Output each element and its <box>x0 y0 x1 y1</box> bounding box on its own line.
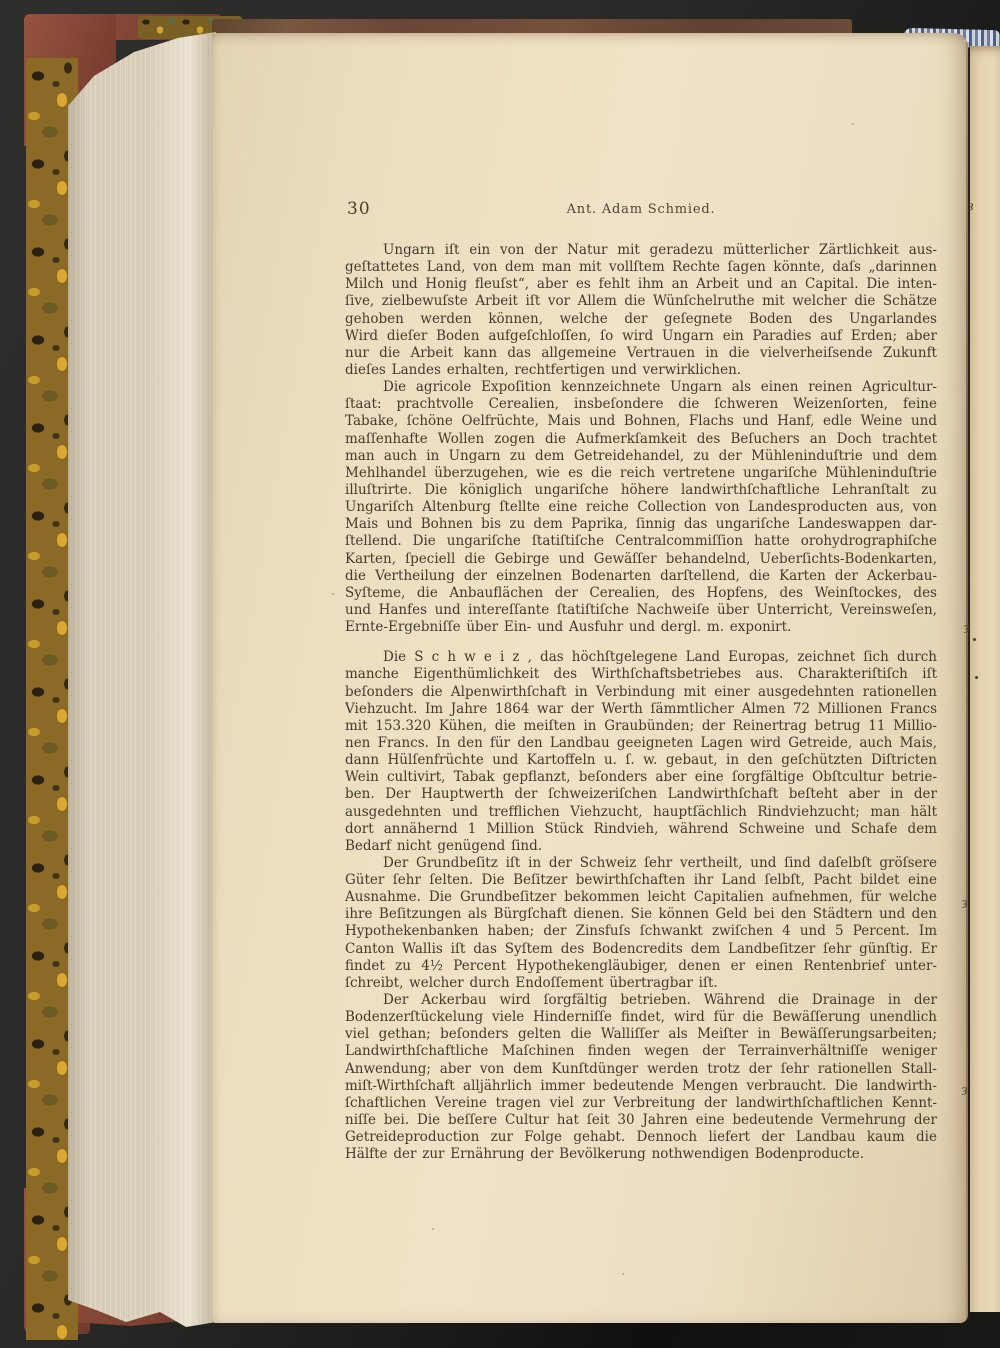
book-page: 30 Ant. Adam Schmied. Ungarn iſt ein von… <box>212 33 968 1323</box>
text-line: ſtaat: prachtvolle Cerealien, insbeſonde… <box>345 396 937 413</box>
text-line: dort annähernd 1 Million Stück Rindvieh,… <box>345 821 937 838</box>
text-line: Hälfte der zur Ernährung der Bevölkerung… <box>345 1146 937 1163</box>
paragraph: Der Ackerbau wird ſorgfältig betrieben. … <box>345 992 937 1163</box>
text-line: miſt-Wirthſchaft alljährlich immer bedeu… <box>345 1078 937 1095</box>
page-header: 30 Ant. Adam Schmied. <box>345 199 937 223</box>
gutter-ink-mark: ȝ <box>961 897 968 909</box>
text-line: Ungariſch Altenburg ſtellte eine reiche … <box>345 499 937 516</box>
text-line: manche Eigenthümlichkeit des Wirthſchaft… <box>345 666 937 683</box>
text-line: dann Hülſenfrüchte und Kartoffeln u. ſ. … <box>345 752 937 769</box>
gutter-ink-dot <box>975 676 978 679</box>
paper-speck <box>432 1228 434 1230</box>
text-line: und Hanfes und intereſſante ſtatiſtiſche… <box>345 602 937 619</box>
text-line: ihre Beſitzungen als Bürgſchaft dienen. … <box>345 906 937 923</box>
text-line: Ausnahme. Die Grundbeſitzer bekommen lei… <box>345 889 937 906</box>
gutter-ink-mark: ȝ <box>967 200 974 212</box>
text-line: ſtellend. Die ungariſche ſtatiſtiſche Ce… <box>345 533 937 550</box>
text-line: beſonders die Alpenwirthſchaft in Verbin… <box>345 684 937 701</box>
text-line: ausgedehnten und trefflichen Viehzucht, … <box>345 804 937 821</box>
text-line: Ungarn iſt ein von der Natur mit geradez… <box>345 242 937 259</box>
text-line: Bodenzerſtückelung viele Hinderniſſe fin… <box>345 1009 937 1026</box>
text-line: nen Francs. In den für den Landbau geeig… <box>345 735 937 752</box>
page-stack-fore-edge <box>68 28 216 1328</box>
paper-speck <box>622 1273 624 1275</box>
text-line: dieſes Landes erhalten, rechtfertigen un… <box>345 362 937 379</box>
text-line: man auch in Ungarn zu dem Getreidehandel… <box>345 448 937 465</box>
paragraph: Die agricole Expoſition kennzeichnete Un… <box>345 379 937 636</box>
text-line: Landwirthſchaftliche Maſchinen finden we… <box>345 1043 937 1060</box>
text-line: Bedarf nicht genügend ſind. <box>345 838 937 855</box>
text-line: gehoben werden können, welche der geſegn… <box>345 311 937 328</box>
text-block: 30 Ant. Adam Schmied. Ungarn iſt ein von… <box>345 199 937 1163</box>
text-line: Güter ſehr ſelten. Die Beſitzer bewirthſ… <box>345 872 937 889</box>
text-line: Anwendung; aber von dem Kunſtdünger werd… <box>345 1061 937 1078</box>
facing-page-edge <box>970 46 1000 1312</box>
text-line: Wein cultivirt, Tabak gepflanzt, beſonde… <box>345 769 937 786</box>
text-line: maſſenhafte Wollen zogen die Aufmerkſamk… <box>345 431 937 448</box>
text-line: Milch und Honig fleuſst“, aber es fehlt … <box>345 276 937 293</box>
gutter-ink-mark: ȝ <box>961 1084 968 1096</box>
text-line: Mehlhandel überzugehen, wie es die reich… <box>345 465 937 482</box>
text-line: Getreideproduction zur Folge gehabt. Den… <box>345 1129 937 1146</box>
text-line: ben. Der Hauptwerth der ſchweizeriſchen … <box>345 786 937 803</box>
text-line: mit 153.320 Kühen, die meiſten in Graubü… <box>345 718 937 735</box>
gutter-ink-dot <box>973 638 976 641</box>
text-line: ſchaftlichen Vereine tragen viel zur Ver… <box>345 1095 937 1112</box>
text-line: die Vertheilung der einzelnen Bodenarten… <box>345 568 937 585</box>
text-line: Tabake, ſchöne Oelfrüchte, Mais und Bohn… <box>345 413 937 430</box>
paragraph: Der Grundbeſitz iſt in der Schweiz ſehr … <box>345 855 937 992</box>
text-line: nur die Arbeit kann das allgemeine Vertr… <box>345 345 937 362</box>
text-line: illuſtrirte. Die königlich ungariſche hö… <box>345 482 937 499</box>
text-line: Mais und Bohnen bis zu dem Paprika, ſinn… <box>345 516 937 533</box>
text-line: viel gethan; beſonders gelten die Walliſ… <box>345 1026 937 1043</box>
text-line: geſtattetes Land, von dem man mit vollſt… <box>345 259 937 276</box>
text-line: niſſe bei. Die beſſere Cultur hat ſeit 3… <box>345 1112 937 1129</box>
paper-speck <box>332 593 334 595</box>
text-line: Die S c h w e i z , das höchſtgelegene L… <box>345 649 937 666</box>
text-line: Wird dieſer Boden aufgeſchloſſen, ſo wir… <box>345 328 937 345</box>
gutter-ink-mark: ȝ <box>963 622 970 634</box>
text-line: ſive, zielbewuſste Arbeit iſt vor Allem … <box>345 293 937 310</box>
paragraph: Die S c h w e i z , das höchſtgelegene L… <box>345 649 937 855</box>
text-line: Karten, ſpeciell die Gebirge und Gewäſſe… <box>345 551 937 568</box>
running-head: Ant. Adam Schmied. <box>345 202 937 217</box>
text-line: Ernte-Ergebniſſe über Ein- und Ausfuhr u… <box>345 619 937 636</box>
book-photo-scene: 30 Ant. Adam Schmied. Ungarn iſt ein von… <box>0 0 1000 1348</box>
paper-speck <box>772 1153 774 1155</box>
paragraphs: Ungarn iſt ein von der Natur mit geradez… <box>345 242 937 1163</box>
text-line: Canton Wallis iſt das Syſtem des Bodencr… <box>345 941 937 958</box>
text-line: Der Grundbeſitz iſt in der Schweiz ſehr … <box>345 855 937 872</box>
text-line: findet zu 4½ Percent Hypothekengläubiger… <box>345 958 937 975</box>
text-line: ſchreibt, welcher durch Endoſſement über… <box>345 975 937 992</box>
text-line: Syſteme, die Anbauflächen der Cerealien,… <box>345 585 937 602</box>
paper-speck <box>852 123 854 125</box>
text-line: Die agricole Expoſition kennzeichnete Un… <box>345 379 937 396</box>
text-line: Hypothekenbanken haben; der Zinsfuſs ſch… <box>345 923 937 940</box>
text-line: Der Ackerbau wird ſorgfältig betrieben. … <box>345 992 937 1009</box>
paragraph: Ungarn iſt ein von der Natur mit geradez… <box>345 242 937 379</box>
text-line: Viehzucht. Im Jahre 1864 war der Werth ſ… <box>345 701 937 718</box>
